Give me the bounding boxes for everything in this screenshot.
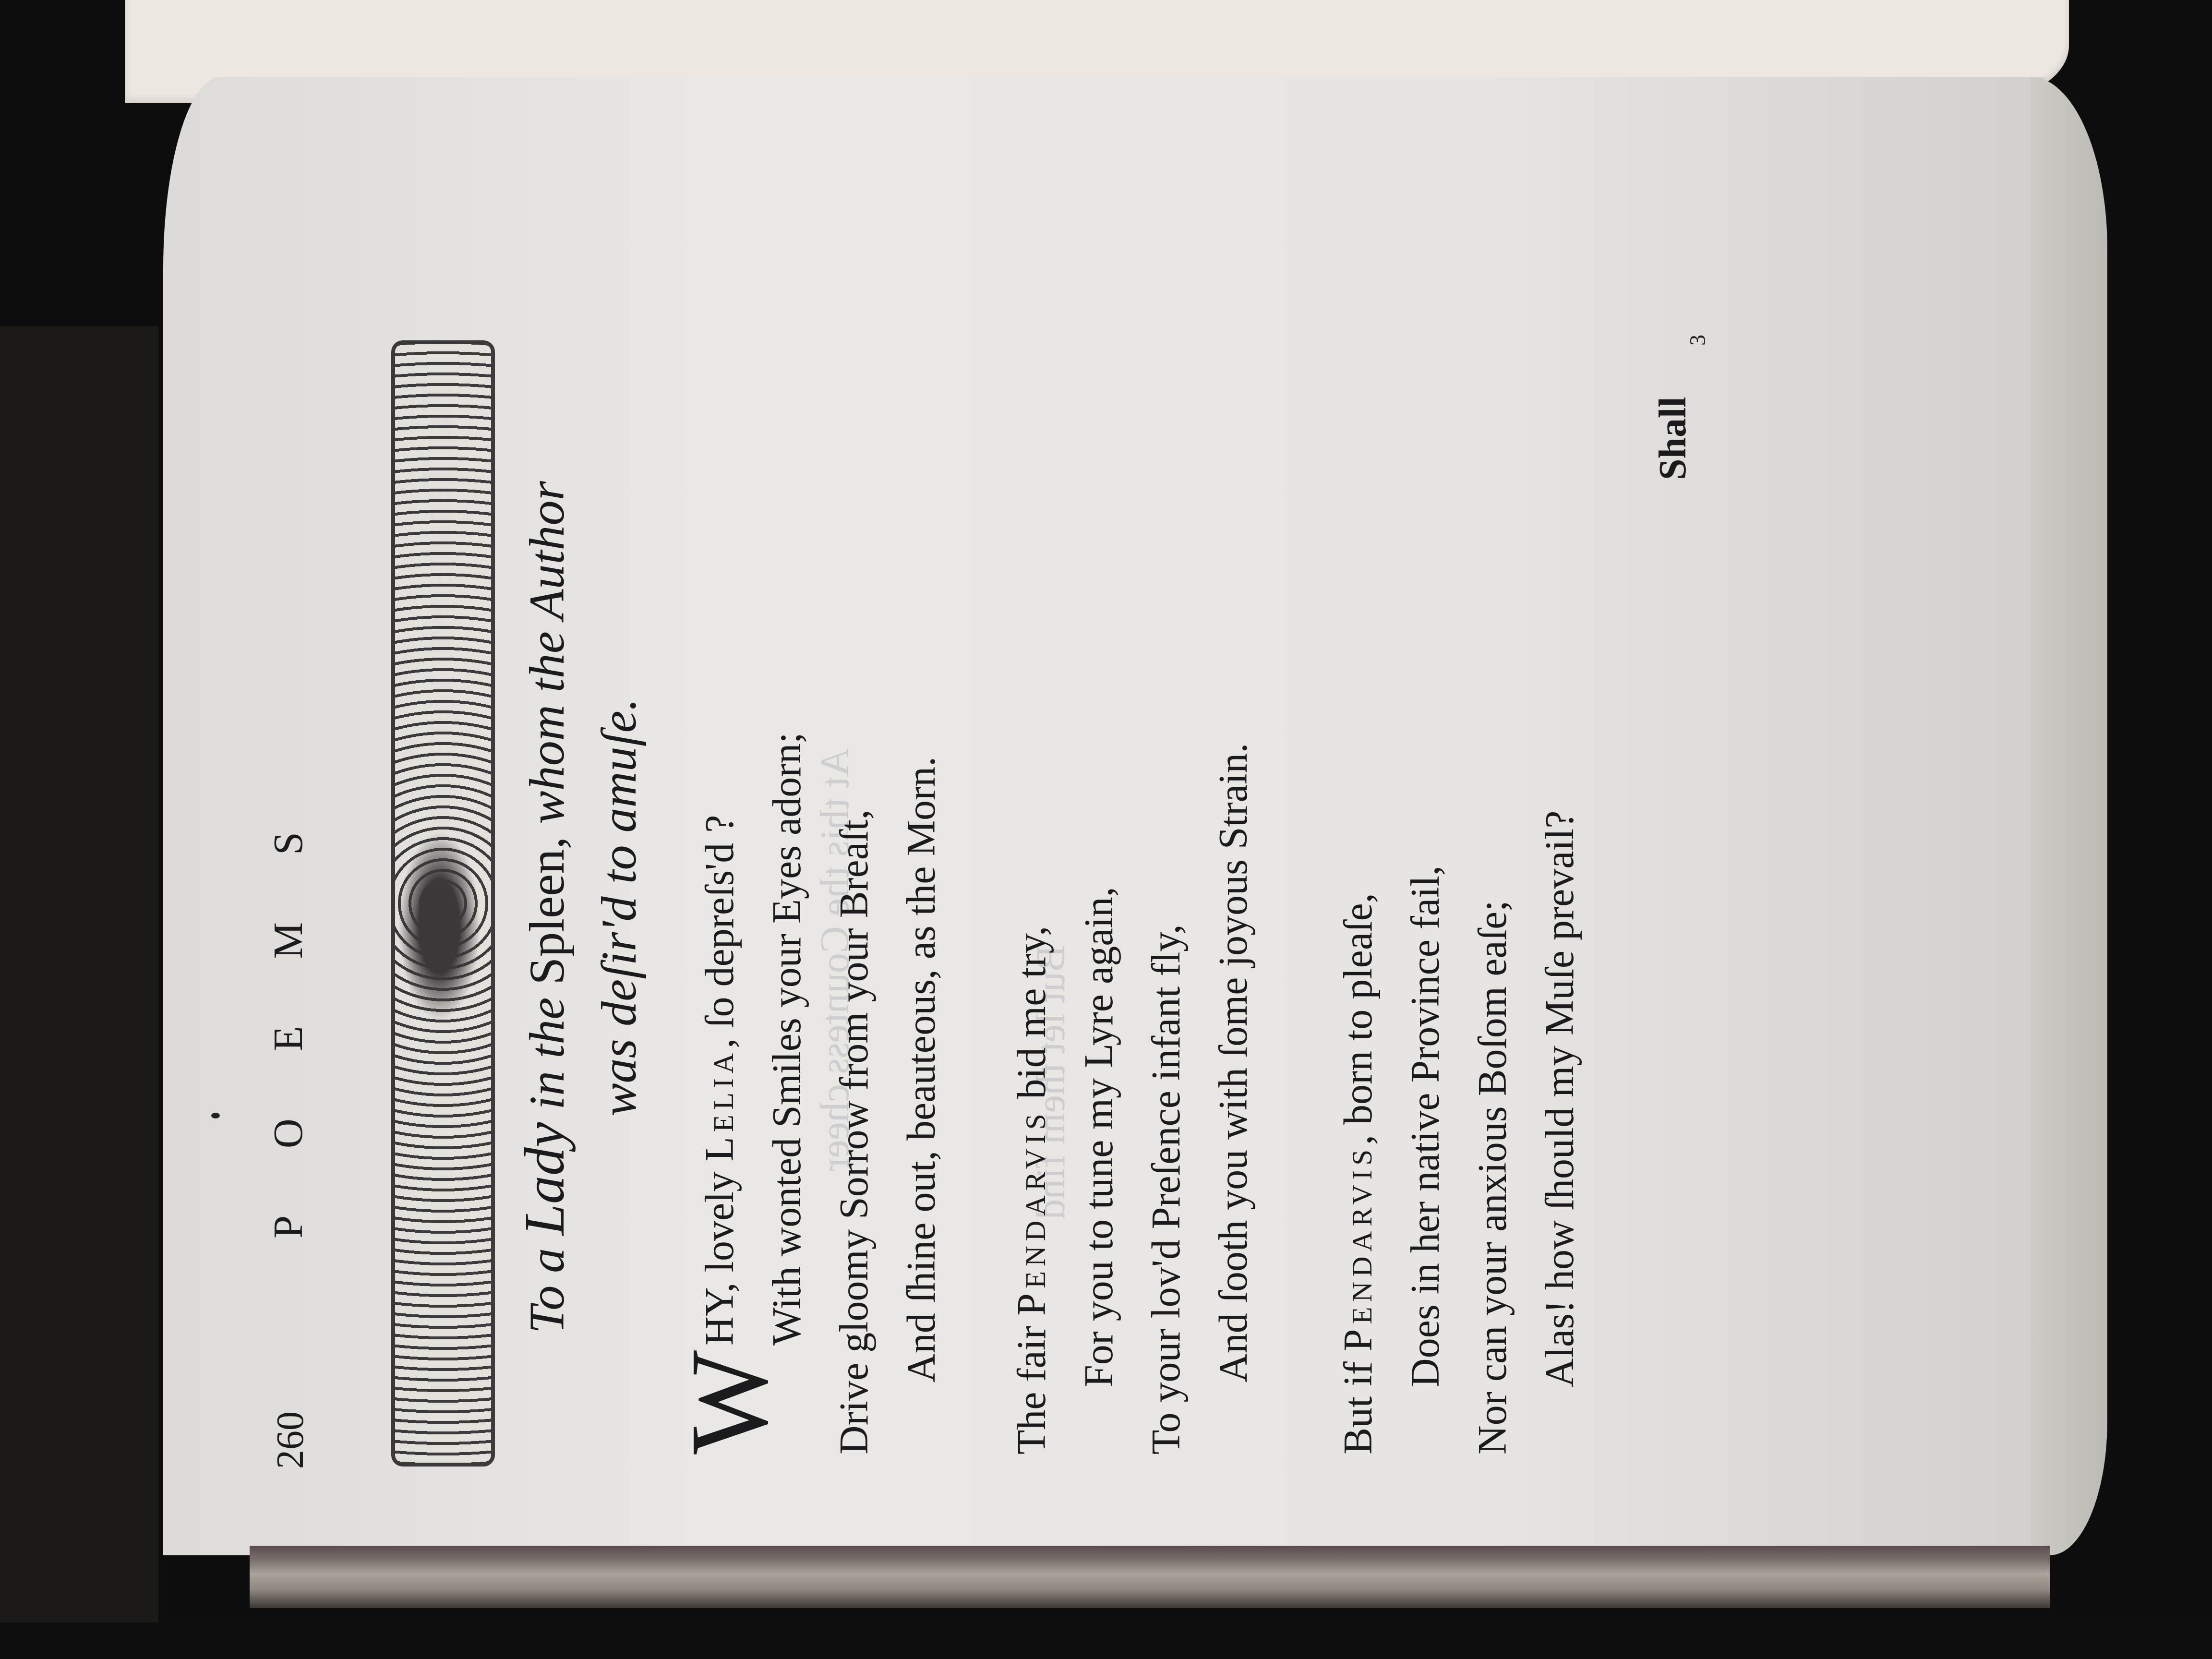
verse-line: Nor can your anxious Boſom eaſe; (1459, 811, 1527, 1455)
background-bottom (0, 1623, 2212, 1659)
name-lelia: Lelia (697, 1048, 742, 1162)
poem-title-line-2: was deſir'd to amuſe. (583, 211, 655, 1603)
page-number: 260 (269, 1411, 313, 1469)
background-dark-surface (0, 326, 158, 1659)
verse-line: Alas! how ſhould my Muſe prevail? (1527, 811, 1594, 1455)
verse-line: WHY, lovely Lelia, ſo depreſs'd ? (686, 757, 754, 1455)
name-pendarvis: Pendarvis (1010, 1109, 1054, 1316)
stanza-3: But if Pendarvis, born to pleaſe, Does i… (1325, 811, 1594, 1455)
verse-line: And ſooth you with ſome joyous Strain. (1200, 743, 1267, 1455)
name-pendarvis: Pendarvis (1336, 1145, 1381, 1351)
page-text-layer: That Tenants ever were allow'd At this t… (202, 211, 1738, 1603)
verse-line: Drive gloomy Sorrow from your Breaſt, (821, 757, 888, 1455)
verse-line: With wonted Smiles your Eyes adorn; (754, 757, 821, 1455)
ink-speck (211, 1113, 220, 1118)
poem-title-line-1: To a Lady in the Spleen, whom the Author (509, 211, 583, 1603)
signature-mark: 3 (1685, 335, 1710, 346)
running-head: 260 POEMS (264, 211, 322, 1603)
stanza-1: WHY, lovely Lelia, ſo depreſs'd ? With w… (686, 757, 955, 1455)
poem-title: To a Lady in the Spleen, whom the Author… (509, 211, 655, 1603)
verse-line: And ſhine out, beauteous, as the Morn. (888, 757, 955, 1455)
verse-line: Does in her native Province fail, (1392, 811, 1459, 1455)
drop-cap: W (686, 1350, 773, 1455)
verse-line: The fair Pendarvis bid me try, (998, 743, 1066, 1455)
catchword: Shall (1651, 397, 1695, 480)
stanza-2: The fair Pendarvis bid me try, For you t… (998, 743, 1267, 1455)
verse-line: To your lov'd Preſence infant fly, (1133, 743, 1200, 1455)
ornament-dragon-motif (391, 816, 487, 1037)
verse-line: But if Pendarvis, born to pleaſe, (1325, 811, 1392, 1455)
verse-line: For you to tune my Lyre again, (1066, 743, 1133, 1455)
running-head-title: POEMS (264, 765, 312, 1238)
